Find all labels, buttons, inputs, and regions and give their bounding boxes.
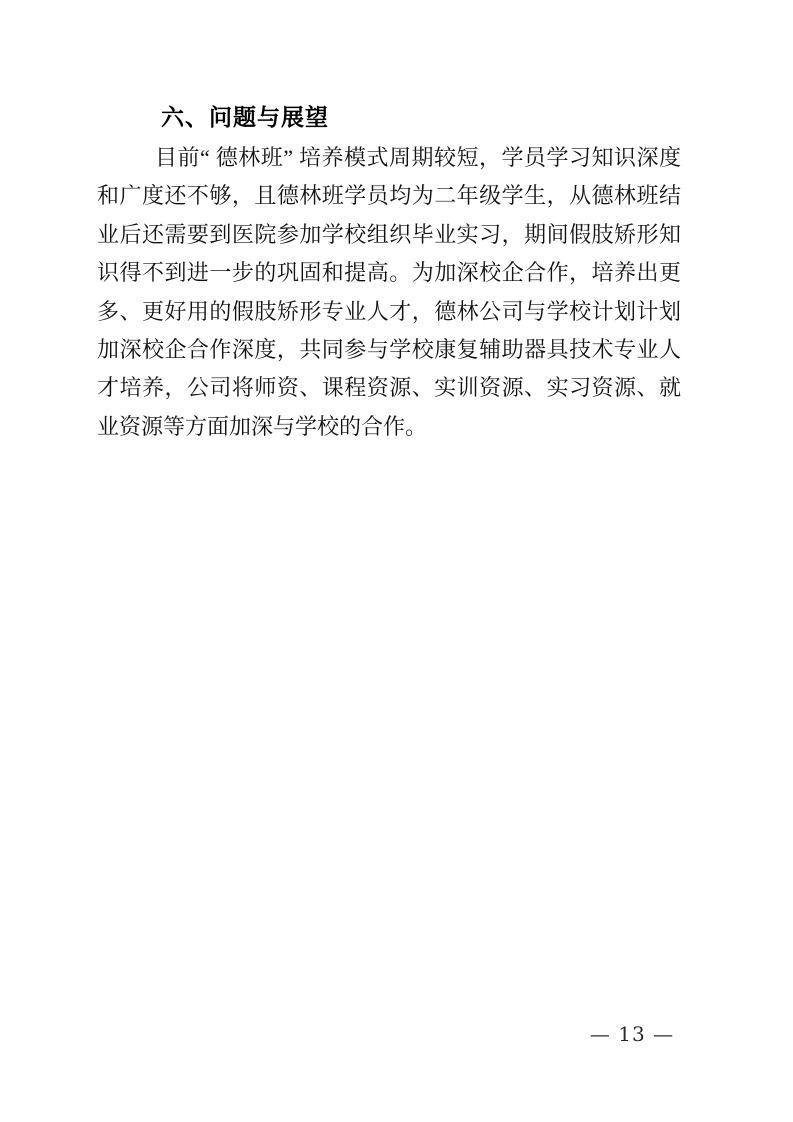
page-number: — 13 — [582, 1022, 682, 1046]
paragraph-line: 业资源等方面加深与学校的合作。 [97, 408, 681, 446]
paragraph: 目前“ 德林班” 培养模式周期较短，学员学习知识深度 和广度还不够，且德林班学员… [97, 139, 681, 446]
paragraph-line: 多、更好用的假肢矫形专业人才，德林公司与学校计划计划 [97, 293, 681, 331]
section-heading: 六、问题与展望 [161, 103, 329, 131]
paragraph-line: 识得不到进一步的巩固和提高。为加深校企合作，培养出更 [97, 254, 681, 292]
paragraph-line: 才培养，公司将师资、课程资源、实训资源、实习资源、就 [97, 369, 681, 407]
paragraph-line: 加深校企合作深度，共同参与学校康复辅助器具技术专业人 [97, 331, 681, 369]
paragraph-line: 和广度还不够，且德林班学员均为二年级学生，从德林班结 [97, 177, 681, 215]
document-page: 六、问题与展望 目前“ 德林班” 培养模式周期较短，学员学习知识深度 和广度还不… [0, 0, 793, 1122]
paragraph-line: 业后还需要到医院参加学校组织毕业实习，期间假肢矫形知 [97, 216, 681, 254]
paragraph-line: 目前“ 德林班” 培养模式周期较短，学员学习知识深度 [97, 139, 681, 177]
